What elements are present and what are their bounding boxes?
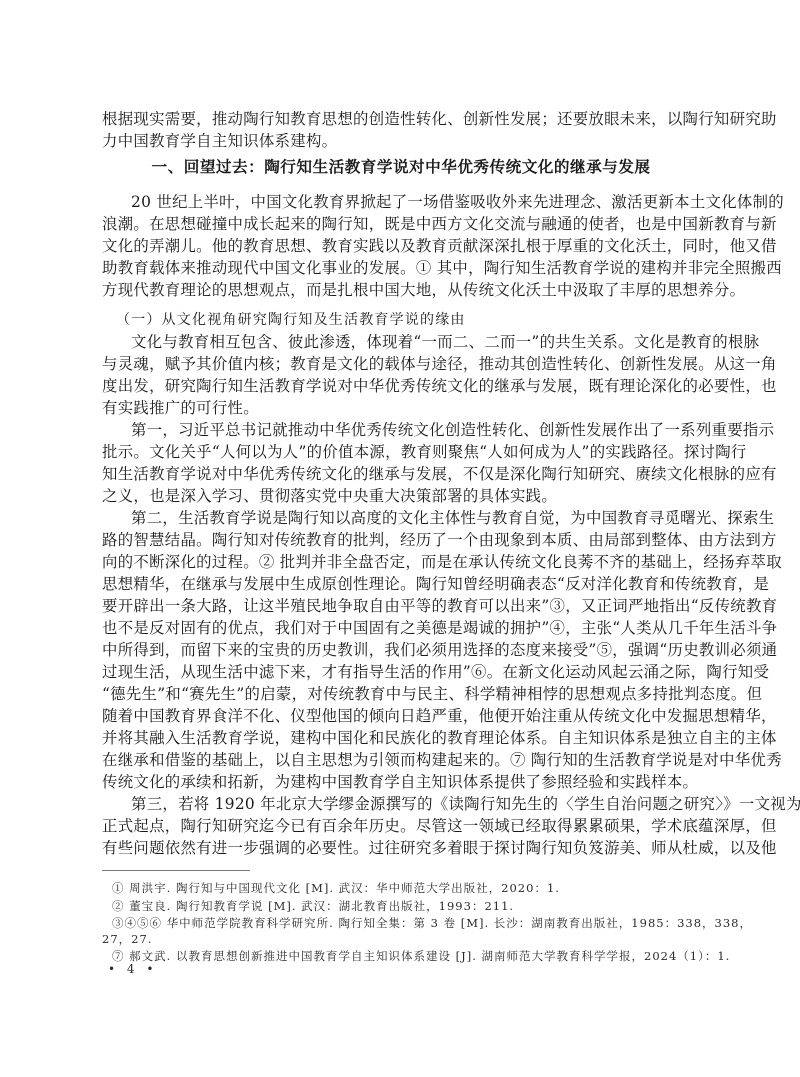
footnote: ② 董宝良. 陶行知教育学说 [M]. 武汉：湖北教育出版社，1993：211.: [112, 899, 700, 914]
paragraph-line: 正式起点，陶行知研究迄今已有百余年历史。尽管这一领域已经取得累累硕果，学术底蕴深…: [102, 815, 700, 837]
paragraph-line: 并将其融入生活教育学说，建构中国化和民族化的教育理论体系。自主知识体系是独立自主…: [102, 727, 700, 749]
paragraph-line: 与灵魂，赋予其价值内核；教育是文化的载体与途径，推动其创造性转化、创新性发展。从…: [102, 353, 700, 375]
paragraph-line: 中所得到，而留下来的宝贵的历史教训，我们必须用选择的态度来接受”⑤，强调“历史教…: [102, 639, 700, 661]
paragraph-line: 有些问题依然有进一步强调的必要性。过往研究多着眼于探讨陶行知负笈游美、师从杜威，…: [102, 837, 700, 859]
subsection-heading: （一）从文化视角研究陶行知及生活教育学说的缘由: [116, 310, 466, 330]
footnote-continuation: 27，27.: [102, 932, 690, 947]
paragraph-line: 路的智慧结晶。陶行知对传统教育的批判，经历了一个由现象到本质、由局部到整体、由方…: [102, 529, 700, 551]
paragraph-line: 要开辟出一条大路，让这半殖民地争取自由平等的教育可以出来”③，又正词严地指出“反…: [102, 595, 700, 617]
paragraph-line: 有实践推广的可行性。: [102, 397, 700, 419]
paragraph-line: 第三，若将 1920 年北京大学缪金源撰写的《读陶行知先生的〈学生自治问题之研究…: [131, 793, 700, 815]
paragraph-line: 第一，习近平总书记就推动中华优秀传统文化创造性转化、创新性发展作出了一系列重要指…: [131, 419, 700, 441]
footnote-divider: [102, 870, 250, 871]
paragraph-line: 方现代教育理论的思想观点，而是扎根中国大地，从传统文化沃土中汲取了丰厚的思想养分…: [102, 279, 700, 301]
paragraph-line: 第二，生活教育学说是陶行知以高度的文化主体性与教育自觉，为中国教育寻觅曙光、探索…: [131, 507, 700, 529]
body-text-line: 根据现实需要，推动陶行知教育思想的创造性转化、创新性发展；还要放眼未来，以陶行知…: [102, 108, 700, 130]
paragraph-line: 批示。文化关乎“人何以为人”的价值本源，教育则聚焦“人如何成为人”的实践路径。探…: [102, 441, 700, 463]
paragraph-line: “德先生”和“赛先生”的启蒙，对传统教育中与民主、科学精神相悖的思想观点多持批判…: [102, 683, 700, 705]
paragraph-line: 思想精华，在继承与发展中生成原创性理论。陶行知曾经明确表态“反对洋化教育和传统教…: [102, 573, 700, 595]
paper-page: 根据现实需要，推动陶行知教育思想的创造性转化、创新性发展；还要放眼未来，以陶行知…: [0, 0, 800, 1077]
footnote: ① 周洪宇. 陶行知与中国现代文化 [M]. 武汉：华中师范大学出版社，2020…: [112, 881, 700, 896]
paragraph-line: 向的不断深化的过程。② 批判并非全盘否定，而是在承认传统文化良莠不齐的基础上，经…: [102, 551, 700, 573]
paragraph-line: 随着中国教育界食洋不化、仪型他国的倾向日趋严重，他便开始注重从传统文化中发掘思想…: [102, 705, 700, 727]
page-number: • 4 •: [108, 961, 157, 977]
paragraph-line: 文化的弄潮儿。他的教育思想、教育实践以及教育贡献深深扎根于厚重的文化沃土，同时，…: [102, 235, 700, 257]
footnote: ③④⑤⑥ 华中师范学院教育科学研究所. 陶行知全集：第 3 卷 [M]. 长沙：…: [112, 916, 700, 931]
paragraph-line: 过现生活，从现生活中滤下来，才有指导生活的作用”⑥。在新文化运动风起云涌之际，陶…: [102, 661, 700, 683]
footnote: ⑦ 郝文武. 以教育思想创新推进中国教育学自主知识体系建设 [J]. 湖南师范大…: [112, 949, 700, 964]
paragraph-line: 在继承和借鉴的基础上，以自主思想为引领而构建起来的。⑦ 陶行知的生活教育学说是对…: [102, 749, 700, 771]
paragraph-line: 传统文化的承续和拓新，为建构中国教育学自主知识体系提供了参照经验和实践样本。: [102, 771, 700, 793]
paragraph-line: 浪潮。在思想碰撞中成长起来的陶行知，既是中西方文化交流与融通的使者，也是中国新教…: [102, 213, 700, 235]
paragraph-line: 知生活教育学说对中华优秀传统文化的继承与发展，不仅是深化陶行知研究、赓续文化根脉…: [102, 463, 700, 485]
paragraph-line: 度出发，研究陶行知生活教育学说对中华优秀传统文化的继承与发展，既有理论深化的必要…: [102, 375, 700, 397]
paragraph-line: 20 世纪上半叶，中国文化教育界掀起了一场借鉴吸收外来先进理念、激活更新本土文化…: [131, 191, 700, 213]
paragraph-line: 助教育载体来推动现代中国文化事业的发展。① 其中，陶行知生活教育学说的建构并非完…: [102, 257, 700, 279]
body-text-line: 力中国教育学自主知识体系建构。: [102, 130, 700, 152]
paragraph-line: 也不是反对固有的优点，我们对于中国固有之美德是竭诚的拥护”④，主张“人类从几千年…: [102, 617, 700, 639]
section-heading: 一、回望过去：陶行知生活教育学说对中华优秀传统文化的继承与发展: [102, 155, 700, 179]
paragraph-line: 文化与教育相互包含、彼此渗透，体现着“一而二、二而一”的共生关系。文化是教育的根…: [131, 331, 700, 353]
paragraph-line: 之义，也是深入学习、贯彻落实党中央重大决策部署的具体实践。: [102, 485, 700, 507]
